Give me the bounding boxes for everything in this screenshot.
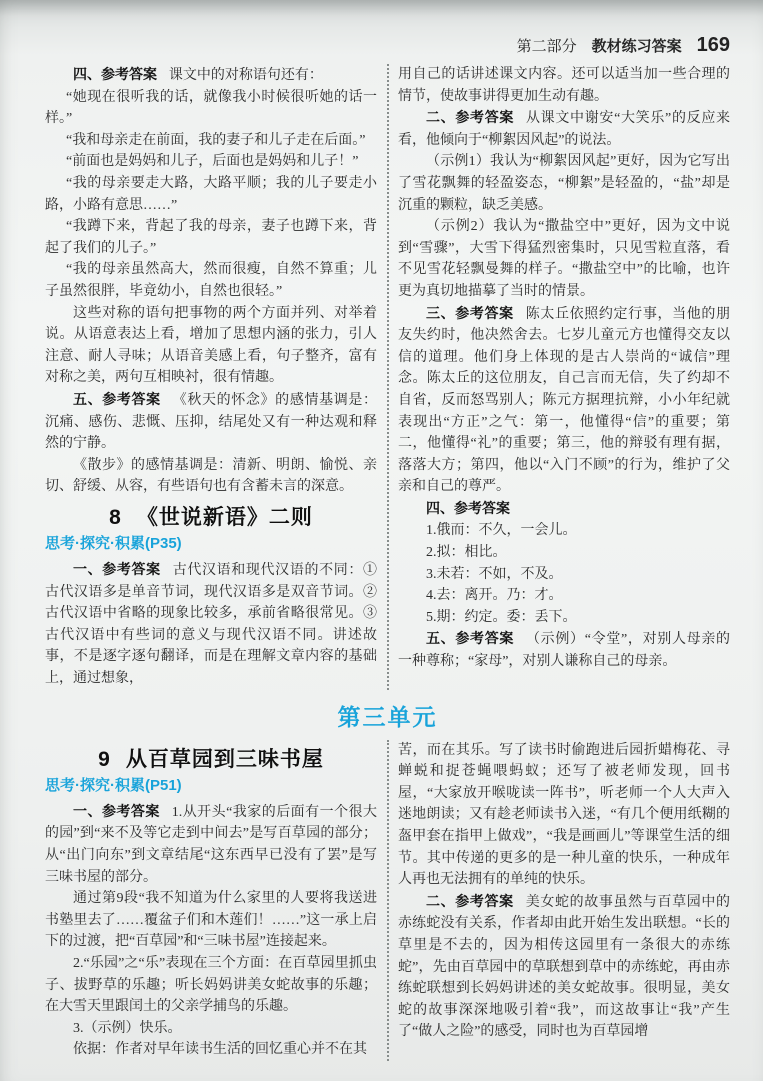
lesson-9-heading: 9从百草园到三味书屋	[45, 749, 377, 771]
answer-paragraph: 四、参考答案	[398, 498, 730, 521]
header-title: 教材练习答案	[592, 35, 682, 56]
answer-label: 四、参考答案	[426, 500, 510, 516]
answer-text: “我和母亲走在前面，我的妻子和儿子走在后面。”	[66, 133, 365, 148]
lesson-title: 从百草园到三味书屋	[126, 748, 324, 771]
answer-paragraph: （示例1）我认为“柳絮因风起”更好，因为它写出了雪花飘舞的轻盈姿态，“柳絮”是轻…	[398, 151, 730, 216]
answer-text: 依据：作者对早年读书生活的回忆重心并不在其	[73, 1042, 367, 1057]
answer-paragraph: 五、参考答案（示例）“令堂”，对别人母亲的一种尊称；“家母”，对别人谦称自己的母…	[398, 628, 730, 672]
answer-text: 苦，而在其乐。写了读书时偷跑进后园折蜡梅花、寻蝉蜕和捉苍蝇喂蚂蚁；还写了被老师发…	[398, 743, 730, 888]
answer-paragraph: 三、参考答案陈太丘依照约定行事，当他的朋友失约时，他决然舍去。七岁儿童元方也懂得…	[398, 303, 730, 498]
answer-text: 2.拟：相比。	[426, 545, 507, 560]
answer-text: 用自己的话讲述课文内容。还可以适当加一些合理的情节，使故事讲得更加生动有趣。	[398, 67, 730, 104]
answer-paragraph: 通过第9段“我不知道为什么家里的人要将我送进书塾里去了……覆盆子们和木莲们！………	[45, 888, 377, 953]
answer-text: “她现在很听我的话，就像我小时候很听她的话一样。”	[45, 90, 377, 127]
subhead-think-explore-p35: 思考·探究·积累(P35)	[45, 533, 377, 555]
answer-label: 三、参考答案	[426, 305, 514, 321]
answer-text: 2.“乐园”之“乐”表现在三个方面：在百草园里抓虫子、拔野草的乐趣；听长妈妈讲美…	[45, 956, 377, 1014]
answer-paragraph: 苦，而在其乐。写了读书时偷跑进后园折蜡梅花、寻蝉蜕和捉苍蝇喂蚂蚁；还写了被老师发…	[398, 740, 730, 891]
upper-band: 四、参考答案课文中的对称语句还有： “她现在很听我的话，就像我小时候很听她的话一…	[45, 64, 730, 690]
subhead-think-explore-p51: 思考·探究·积累(P51)	[45, 775, 377, 797]
answer-label: 五、参考答案	[73, 391, 161, 407]
lower-band: 9从百草园到三味书屋 思考·探究·积累(P51) 一、参考答案1.从开头“我家的…	[45, 740, 730, 1061]
upper-left-column: 四、参考答案课文中的对称语句还有： “她现在很听我的话，就像我小时候很听她的话一…	[45, 64, 377, 690]
answer-paragraph: 二、参考答案美女蛇的故事虽然与百草园中的赤练蛇没有关系，作者却由此开始生发出联想…	[398, 891, 730, 1043]
answer-paragraph: 一、参考答案古代汉语和现代汉语的不同：①古代汉语多是单音节词，现代汉语多是双音节…	[45, 559, 377, 690]
header-part: 第二部分	[517, 35, 577, 56]
column-divider	[387, 64, 389, 690]
answer-paragraph: “前面也是妈妈和儿子，后面也是妈妈和儿子！”	[45, 151, 377, 173]
answer-paragraph: 2.“乐园”之“乐”表现在三个方面：在百草园里抓虫子、拔野草的乐趣；听长妈妈讲美…	[45, 953, 377, 1018]
lower-right-column: 苦，而在其乐。写了读书时偷跑进后园折蜡梅花、寻蝉蜕和捉苍蝇喂蚂蚁；还写了被老师发…	[398, 740, 730, 1061]
answer-paragraph: 这些对称的语句把事物的两个方面并列、对举着说。从语意表达上看，增加了思想内涵的张…	[45, 303, 377, 389]
upper-right-column: 用自己的话讲述课文内容。还可以适当加一些合理的情节，使故事讲得更加生动有趣。 二…	[398, 64, 730, 690]
answer-text: 通过第9段“我不知道为什么家里的人要将我送进书塾里去了……覆盆子们和木莲们！………	[45, 891, 377, 949]
answer-paragraph: “她现在很听我的话，就像我小时候很听她的话一样。”	[45, 87, 377, 130]
answer-paragraph: 四、参考答案课文中的对称语句还有：	[45, 64, 377, 87]
answer-paragraph: 用自己的话讲述课文内容。还可以适当加一些合理的情节，使故事讲得更加生动有趣。	[398, 64, 730, 107]
answer-label: 一、参考答案	[73, 803, 160, 819]
answer-text: （示例1）我认为“柳絮因风起”更好，因为它写出了雪花飘舞的轻盈姿态，“柳絮”是轻…	[398, 154, 730, 212]
answer-text: 4.去：离开。乃：才。	[426, 588, 563, 603]
answer-text: 3.（示例）快乐。	[73, 1021, 182, 1036]
answer-text: 1.俄而：不久，一会儿。	[426, 523, 577, 538]
answer-paragraph: “我和母亲走在前面，我的妻子和儿子走在后面。”	[45, 130, 377, 152]
answer-label: 二、参考答案	[426, 109, 514, 125]
answer-paragraph: 五、参考答案《秋天的怀念》的感情基调是：沉痛、感伤、悲慨、压抑，结尾处又有一种达…	[45, 389, 377, 455]
answer-paragraph: 《散步》的感情基调是：清新、明朗、愉悦、亲切、舒缓、从容，有些语句也有含蓄未言的…	[45, 455, 377, 498]
lower-left-column: 9从百草园到三味书屋 思考·探究·积累(P51) 一、参考答案1.从开头“我家的…	[45, 740, 377, 1061]
book-page: 第二部分 教材练习答案 169 四、参考答案课文中的对称语句还有： “她现在很听…	[0, 0, 763, 1081]
answer-paragraph: “我的母亲虽然高大，然而很瘦，自然不算重；儿子虽然很胖，毕竟幼小，自然也很轻。”	[45, 259, 377, 302]
answer-paragraph: 二、参考答案从课文中谢安“大笑乐”的反应来看，他倾向于“柳絮因风起”的说法。	[398, 107, 730, 151]
answer-text: （示例2）我认为“撒盐空中”更好，因为文中说到“雪骤”，大雪下得猛烈密集时，只见…	[398, 219, 730, 299]
lesson-number: 9	[98, 748, 111, 771]
answer-text: 3.未若：不如，不及。	[426, 567, 563, 582]
answer-label: 一、参考答案	[73, 561, 161, 577]
answer-paragraph: “我蹲下来，背起了我的母亲，妻子也蹲下来，背起了我们的儿子。”	[45, 216, 377, 259]
column-divider	[387, 740, 389, 1061]
answer-text: 陈太丘依照约定行事，当他的朋友失约时，他决然舍去。七岁儿童元方也懂得交友以信的道…	[398, 307, 730, 495]
page-header: 第二部分 教材练习答案 169	[517, 34, 730, 57]
answer-text: 这些对称的语句把事物的两个方面并列、对举着说。从语意表达上看，增加了思想内涵的张…	[45, 306, 377, 386]
glossary-item: 5.期：约定。委：丢下。	[398, 607, 730, 629]
answer-text: 5.期：约定。委：丢下。	[426, 610, 577, 625]
answer-text: “我的母亲虽然高大，然而很瘦，自然不算重；儿子虽然很胖，毕竟幼小，自然也很轻。”	[45, 262, 377, 299]
answer-text: 课文中的对称语句还有：	[169, 68, 323, 83]
glossary-item: 2.拟：相比。	[398, 542, 730, 564]
unit-3-banner: 第三单元	[45, 699, 730, 732]
answer-text: “我的母亲要走大路，大路平顺；我的儿子要走小路，小路有意思……”	[45, 176, 377, 213]
answer-text: “我蹲下来，背起了我的母亲，妻子也蹲下来，背起了我们的儿子。”	[45, 219, 377, 256]
glossary-item: 4.去：离开。乃：才。	[398, 585, 730, 607]
answer-text: 《散步》的感情基调是：清新、明朗、愉悦、亲切、舒缓、从容，有些语句也有含蓄未言的…	[45, 458, 377, 495]
lesson-number: 8	[109, 506, 122, 529]
answer-text: 美女蛇的故事虽然与百草园中的赤练蛇没有关系，作者却由此开始生发出联想。“长的草里…	[398, 895, 730, 1040]
answer-text: “前面也是妈妈和儿子，后面也是妈妈和儿子！”	[66, 154, 358, 169]
lesson-title: 《世说新语》二则	[137, 506, 313, 529]
answer-paragraph: “我的母亲要走大路，大路平顺；我的儿子要走小路，小路有意思……”	[45, 173, 377, 216]
answer-paragraph: 3.（示例）快乐。	[45, 1018, 377, 1040]
answer-label: 二、参考答案	[426, 893, 514, 909]
answer-paragraph: 一、参考答案1.从开头“我家的后面有一个很大的园”到“来不及等它走到中间去”是写…	[45, 801, 377, 888]
glossary-item: 3.未若：不如，不及。	[398, 564, 730, 586]
answer-label: 五、参考答案	[426, 630, 514, 646]
answer-label: 四、参考答案	[73, 66, 157, 82]
lesson-8-heading: 8《世说新语》二则	[45, 507, 377, 529]
answer-text: 古代汉语和现代汉语的不同：①古代汉语多是单音节词，现代汉语多是双音节词。②古代汉…	[45, 563, 377, 686]
page-number: 169	[697, 34, 730, 57]
answer-paragraph: （示例2）我认为“撒盐空中”更好，因为文中说到“雪骤”，大雪下得猛烈密集时，只见…	[398, 216, 730, 302]
glossary-item: 1.俄而：不久，一会儿。	[398, 520, 730, 542]
answer-paragraph: 依据：作者对早年读书生活的回忆重心并不在其	[45, 1039, 377, 1061]
